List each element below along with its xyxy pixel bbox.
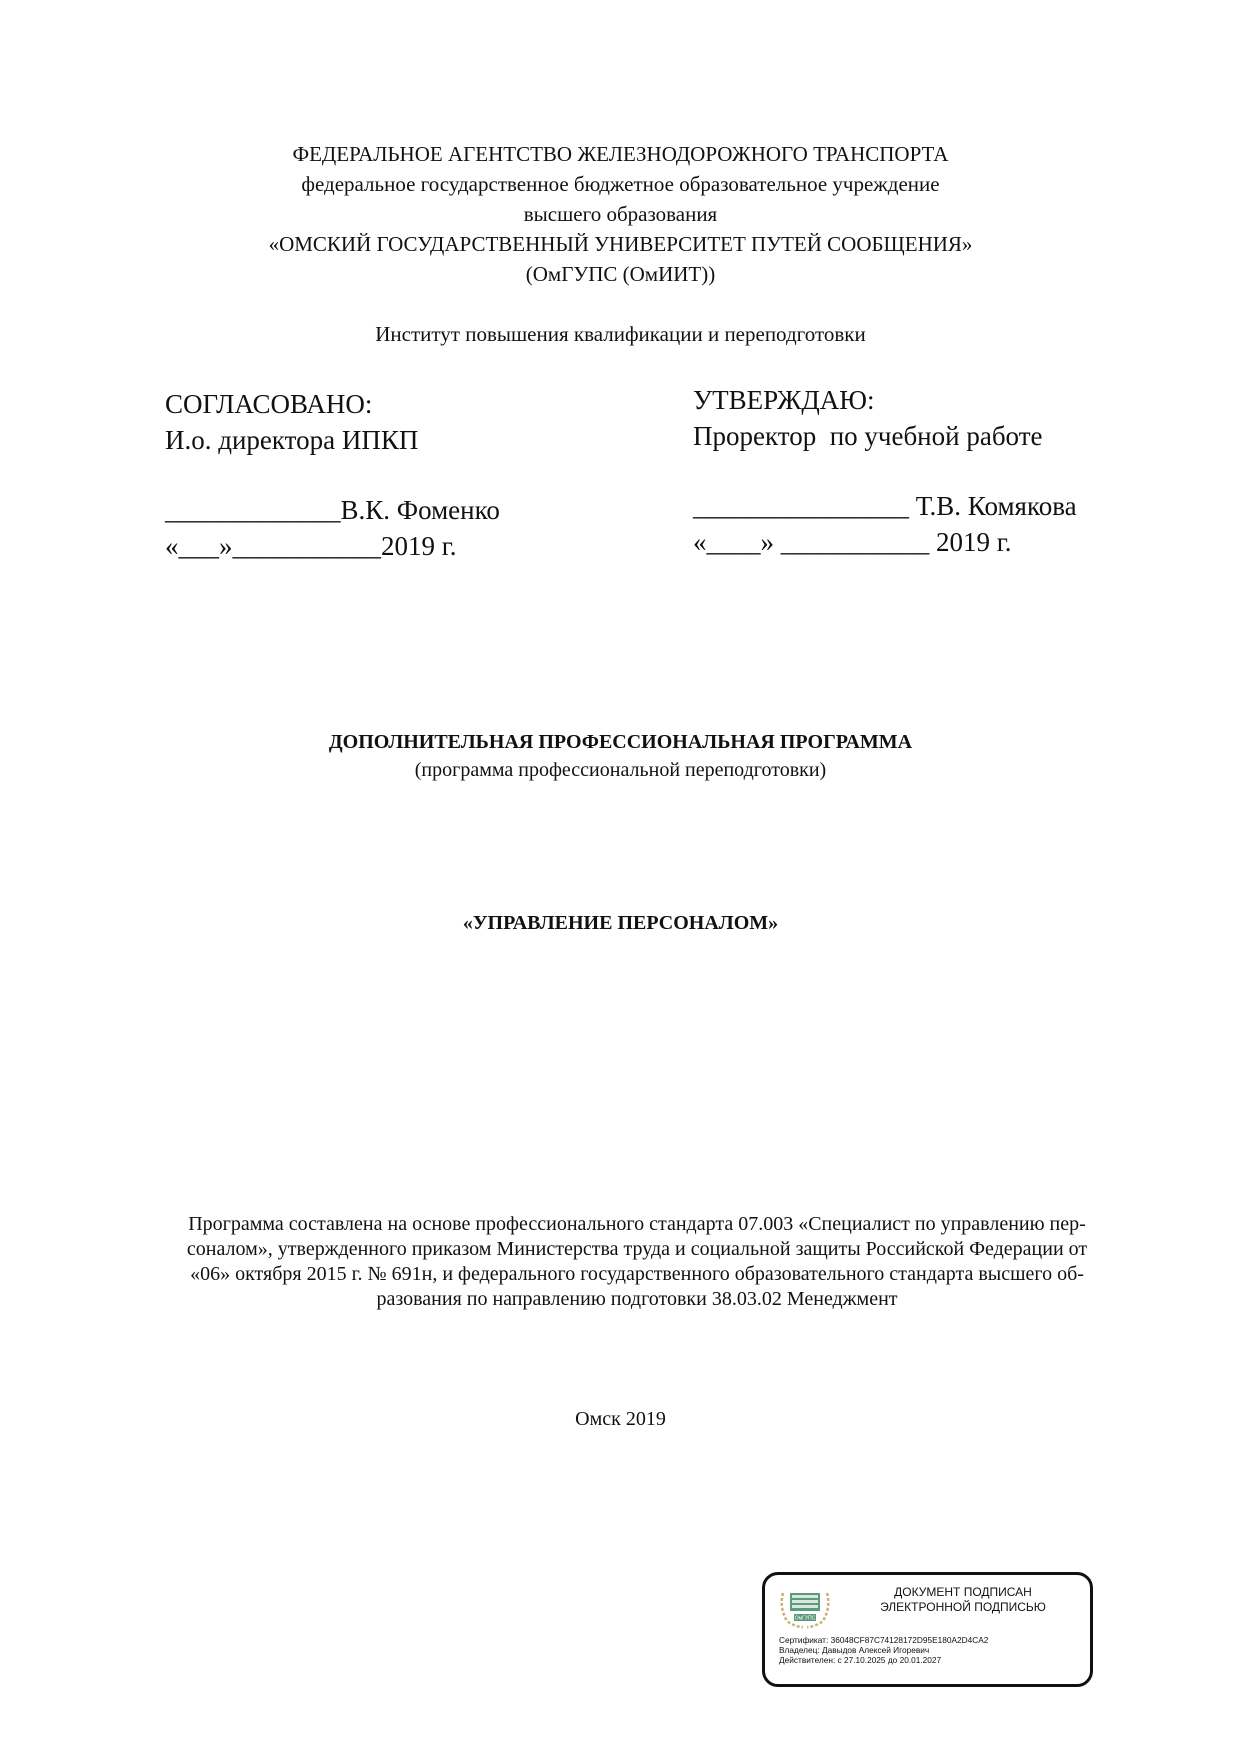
basis-line: разования по направлению подготовки 38.0… [132, 1287, 1142, 1312]
approval-agreed-block: СОГЛАСОВАНО: И.о. директора ИПКП _______… [165, 386, 500, 564]
stamp-title: ДОКУМЕНТ ПОДПИСАН ЭЛЕКТРОННОЙ ПОДПИСЬЮ [845, 1585, 1081, 1615]
signature-line: _____________В.К. Фоменко [165, 492, 500, 528]
basis-line: Программа составлена на основе профессио… [132, 1212, 1142, 1237]
program-title: ДОПОЛНИТЕЛЬНАЯ ПРОФЕССИОНАЛЬНАЯ ПРОГРАММ… [0, 731, 1241, 754]
institution-level: высшего образования [0, 200, 1241, 228]
date-line: «____» ___________ 2019 г. [693, 524, 1077, 560]
institution-type: федеральное государственное бюджетное об… [0, 170, 1241, 198]
certificate-owner: Владелец: Давыдов Алексей Игоревич [779, 1645, 988, 1655]
program-subtitle: (программа профессиональной переподготов… [0, 759, 1241, 782]
approval-heading: УТВЕРЖДАЮ: [693, 382, 1077, 418]
university-name: «ОМСКИЙ ГОСУДАРСТВЕННЫЙ УНИВЕРСИТЕТ ПУТЕ… [0, 230, 1241, 258]
e-signature-stamp: ОмГУПС ДОКУМЕНТ ПОДПИСАН ЭЛЕКТРОННОЙ ПОД… [762, 1572, 1093, 1687]
university-abbr: (ОмГУПС (ОмИИТ)) [0, 260, 1241, 288]
city-year: Омск 2019 [0, 1408, 1241, 1431]
program-name: «УПРАВЛЕНИЕ ПЕРСОНАЛОМ» [0, 912, 1241, 935]
institute-name: Институт повышения квалификации и перепо… [0, 320, 1241, 348]
program-basis: Программа составлена на основе профессио… [132, 1212, 1142, 1312]
stamp-title-line: ЭЛЕКТРОННОЙ ПОДПИСЬЮ [845, 1600, 1081, 1615]
stamp-title-line: ДОКУМЕНТ ПОДПИСАН [845, 1585, 1081, 1600]
certificate-number: Сертификат: 36048CF87C74128172D95E180A2D… [779, 1635, 988, 1645]
signature-line: ________________ Т.В. Комякова [693, 488, 1077, 524]
approval-approved-block: УТВЕРЖДАЮ: Проректор по учебной работе _… [693, 382, 1077, 560]
date-line: «___»___________2019 г. [165, 528, 500, 564]
basis-line: соналом», утвержденного приказом Министе… [132, 1237, 1142, 1262]
stamp-details: Сертификат: 36048CF87C74128172D95E180A2D… [779, 1635, 988, 1665]
university-logo-icon: ОмГУПС [777, 1585, 833, 1629]
logo-label: ОмГУПС [795, 1616, 816, 1622]
agency-name: ФЕДЕРАЛЬНОЕ АГЕНТСТВО ЖЕЛЕЗНОДОРОЖНОГО Т… [0, 140, 1241, 168]
basis-line: «06» октября 2015 г. № 691н, и федеральн… [132, 1262, 1142, 1287]
approval-position: И.о. директора ИПКП [165, 422, 500, 458]
approval-heading: СОГЛАСОВАНО: [165, 386, 500, 422]
approval-position: Проректор по учебной работе [693, 418, 1077, 454]
certificate-validity: Действителен: с 27.10.2025 до 20.01.2027 [779, 1655, 988, 1665]
